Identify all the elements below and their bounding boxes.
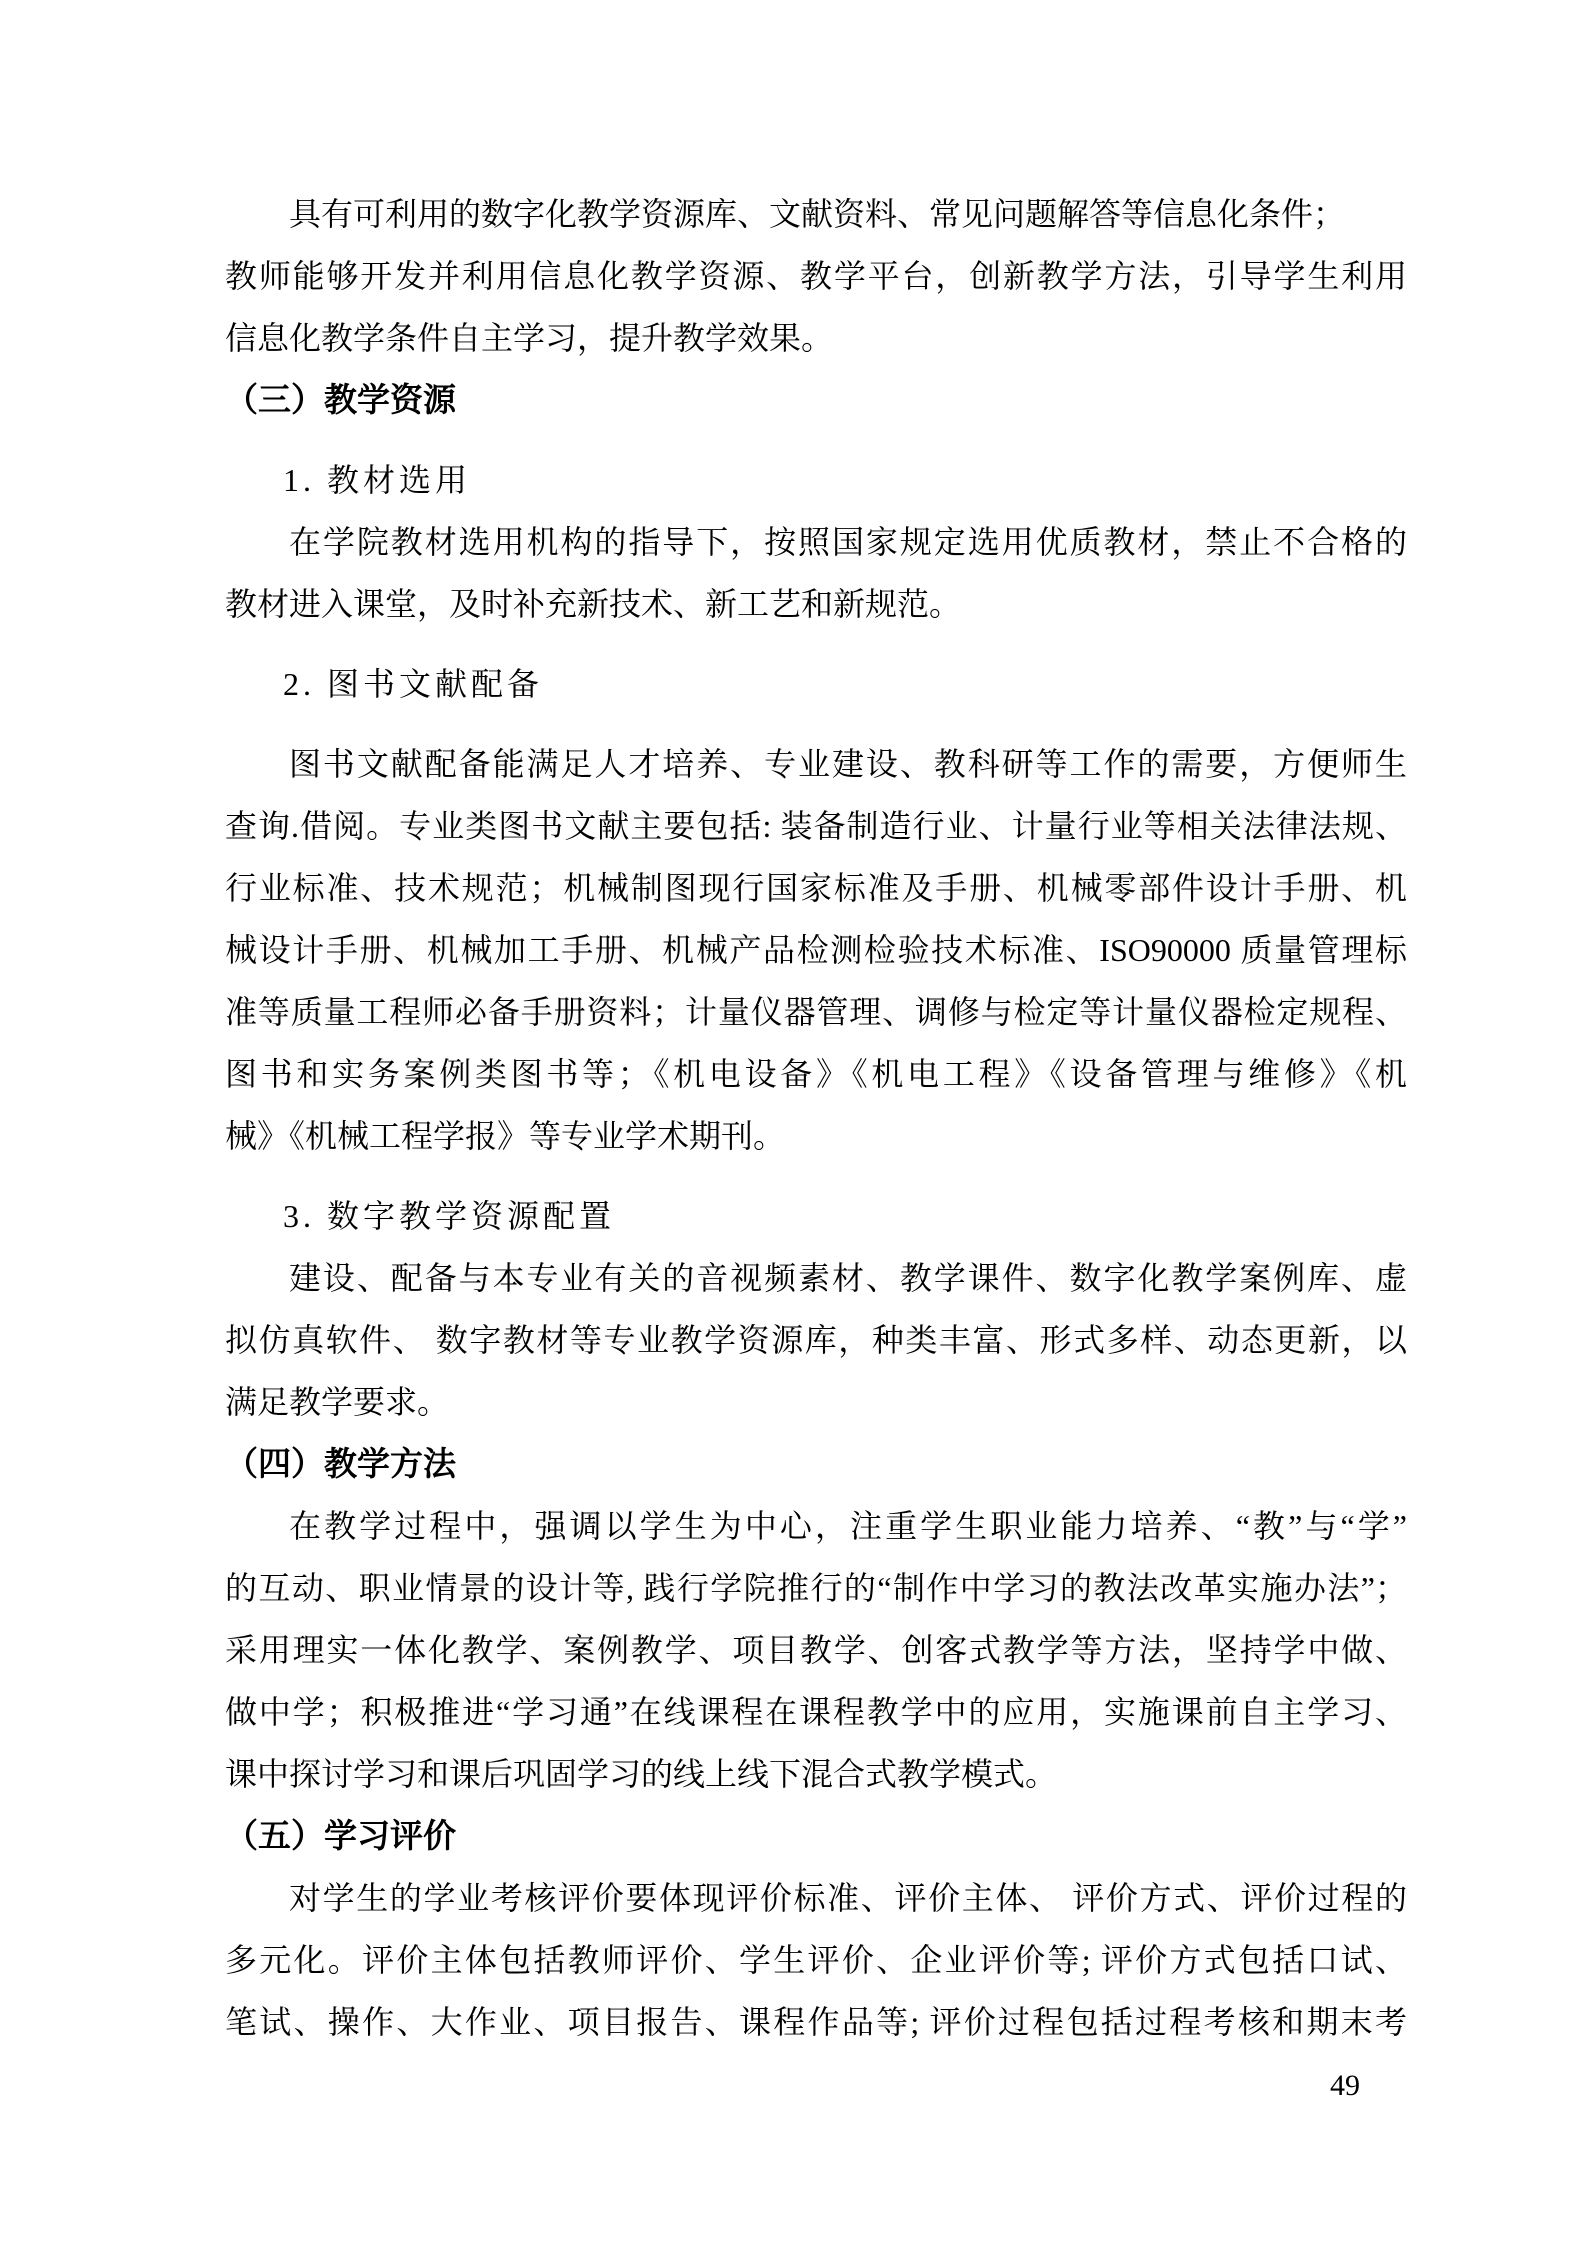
section-heading-teaching-resources: （三）教学资源: [225, 369, 1407, 431]
text-line: 查询.借阅。专业类图书文献主要包括: 装备制造行业、计量行业等相关法律法规、: [225, 795, 1407, 857]
text-line: 准等质量工程师必备手册资料；计量仪器管理、调修与检定等计量仪器检定规程、: [225, 981, 1407, 1043]
text-line: 械》《机械工程学报》等专业学术期刊。: [225, 1105, 1407, 1167]
text-line: 械设计手册、机械加工手册、机械产品检测检验技术标准、ISO90000 质量管理标: [225, 919, 1407, 981]
subsection-heading-digital-resources: 3. 数字教学资源配置: [225, 1185, 1407, 1247]
text-line: 具有可利用的数字化教学资源库、文献资料、常见问题解答等信息化条件；: [225, 183, 1407, 245]
text-line: 教材进入课堂，及时补充新技术、新工艺和新规范。: [225, 573, 1407, 635]
text-line: 课中探讨学习和课后巩固学习的线上线下混合式教学模式。: [225, 1743, 1407, 1805]
text-line: 笔试、操作、大作业、项目报告、课程作品等; 评价过程包括过程考核和期末考: [225, 1991, 1407, 2053]
text-line: 建设、配备与本专业有关的音视频素材、教学课件、数字化教学案例库、虚: [225, 1247, 1407, 1309]
text-line: 在教学过程中，强调以学生为中心，注重学生职业能力培养、“教”与“学”: [225, 1495, 1407, 1557]
text-line: 行业标准、技术规范；机械制图现行国家标准及手册、机械零部件设计手册、机: [225, 857, 1407, 919]
text-line: 对学生的学业考核评价要体现评价标准、评价主体、 评价方式、评价过程的: [225, 1867, 1407, 1929]
text-line: 做中学；积极推进“学习通”在线课程在课程教学中的应用，实施课前自主学习、: [225, 1681, 1407, 1743]
text-line: 在学院教材选用机构的指导下，按照国家规定选用优质教材，禁止不合格的: [225, 511, 1407, 573]
text-line: 信息化教学条件自主学习，提升教学效果。: [225, 307, 1407, 369]
text-line: 图书和实务案例类图书等；《机电设备》《机电工程》《设备管理与维修》《机: [225, 1043, 1407, 1105]
subsection-heading-textbook-selection: 1. 教材选用: [225, 449, 1407, 511]
document-text-block: 具有可利用的数字化教学资源库、文献资料、常见问题解答等信息化条件； 教师能够开发…: [225, 183, 1407, 2053]
page-number: 49: [1330, 2068, 1360, 2104]
text-line: 采用理实一体化教学、案例教学、项目教学、创客式教学等方法，坚持学中做、: [225, 1619, 1407, 1681]
subsection-heading-library-documents: 2. 图书文献配备: [225, 653, 1407, 715]
document-page: 具有可利用的数字化教学资源库、文献资料、常见问题解答等信息化条件； 教师能够开发…: [0, 0, 1587, 2245]
text-line: 教师能够开发并利用信息化教学资源、教学平台，创新教学方法，引导学生利用: [225, 245, 1407, 307]
text-line: 满足教学要求。: [225, 1371, 1407, 1433]
text-line: 图书文献配备能满足人才培养、专业建设、教科研等工作的需要，方便师生: [225, 733, 1407, 795]
section-heading-learning-evaluation: （五）学习评价: [225, 1805, 1407, 1867]
text-line: 的互动、职业情景的设计等, 践行学院推行的“制作中学习的教法改革实施办法”；: [225, 1557, 1407, 1619]
text-line: 拟仿真软件、 数字教材等专业教学资源库，种类丰富、形式多样、动态更新，以: [225, 1309, 1407, 1371]
section-heading-teaching-methods: （四）教学方法: [225, 1433, 1407, 1495]
text-line: 多元化。评价主体包括教师评价、学生评价、企业评价等; 评价方式包括口试、: [225, 1929, 1407, 1991]
